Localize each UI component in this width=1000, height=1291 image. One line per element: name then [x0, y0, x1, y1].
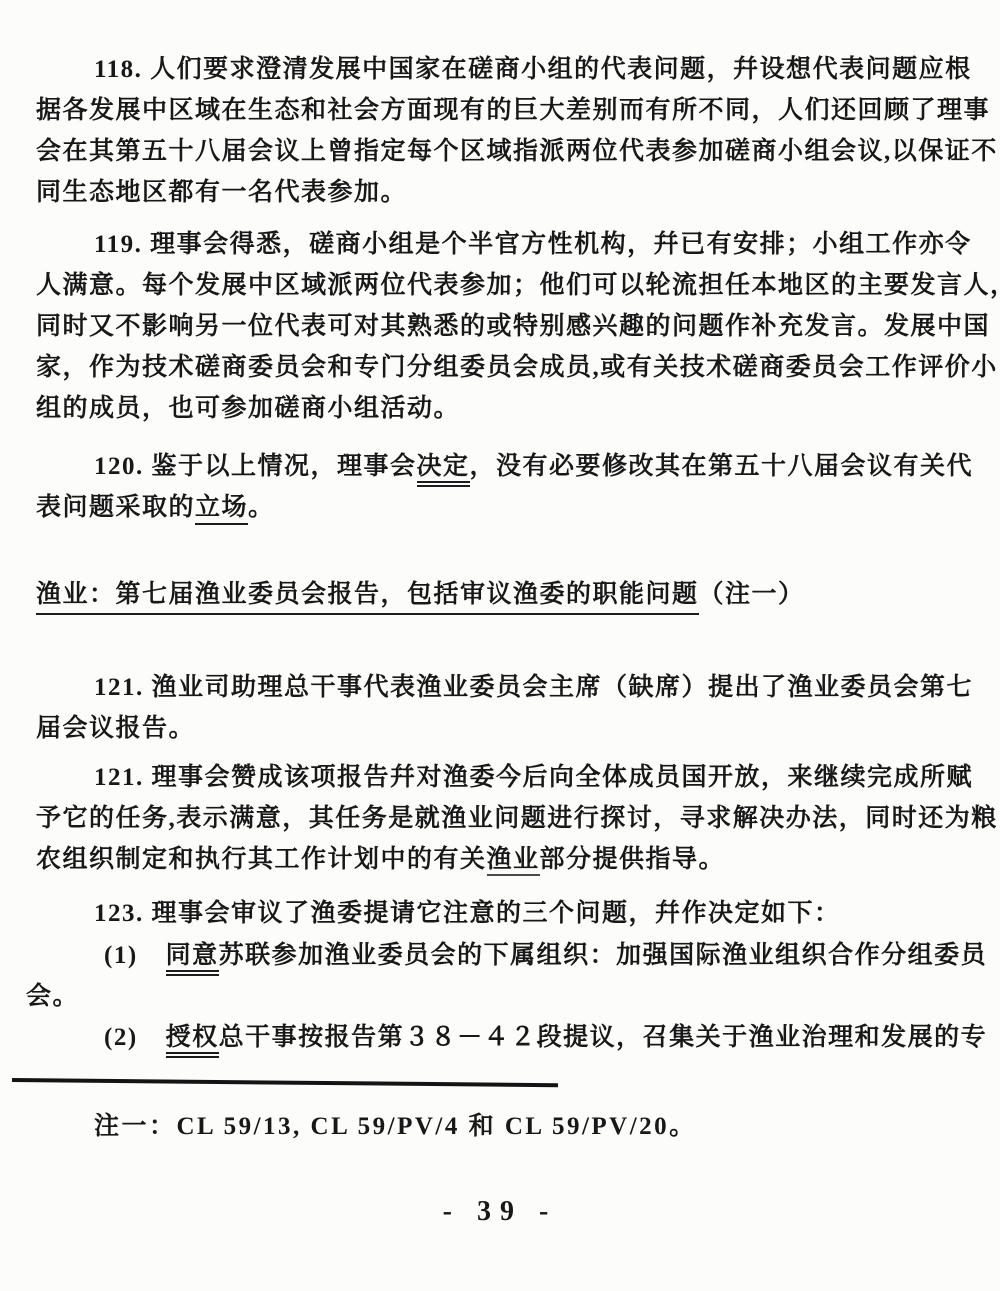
paragraph-121-line-2: 届会议报告。	[36, 709, 195, 749]
paragraph-118-line-4: 同生态地区都有一名代表参加。	[36, 173, 407, 213]
paragraph-119-line-3: 同时又不影响另一位代表可对其熟悉的或特别感兴趣的问题作补充发言。发展中国	[36, 307, 990, 347]
underlined-decision-text: 授权	[166, 1024, 219, 1058]
paragraph-122-line-2: 予它的任务,表示满意，其任务是就渔业问题进行探讨，寻求解决办法，同时还为粮	[36, 799, 998, 839]
text-run: 120. 鉴于以上情况，理事会	[94, 453, 417, 480]
paragraph-120-line-2: 表问题采取的立场。	[36, 488, 275, 528]
page-number: - 39 -	[0, 1196, 1000, 1228]
text-run: ，没有必要修改其在第五十八届会议有关代	[470, 453, 974, 480]
text-run: 苏联参加渔业委员会的下属组织：加强国际渔业组织合作分组委员	[219, 942, 988, 969]
paragraph-118-line-1: 118. 人们要求澄清发展中国家在磋商小组的代表问题，幷设想代表问题应根	[36, 50, 972, 90]
paragraph-119-line-5: 组的成员，也可参加磋商小组活动。	[36, 389, 460, 429]
list-item-1-continuation: 会。	[26, 977, 79, 1017]
section-heading-underlined: 渔业：第七届渔业委员会报告，包括审议渔委的职能问题	[36, 581, 699, 615]
underlined-decision-text: 决定	[417, 453, 470, 487]
underlined-decision-text: 同意	[166, 942, 219, 976]
document-page: 118. 人们要求澄清发展中国家在磋商小组的代表问题，幷设想代表问题应根 据各发…	[0, 0, 1000, 1291]
paragraph-118-line-3: 会在其第五十八届会议上曾指定每个区域指派两位代表参加磋商小组会议,以保证不	[36, 132, 998, 172]
underlined-text: 立场	[195, 494, 248, 525]
paragraph-120-line-1: 120. 鉴于以上情况，理事会决定，没有必要修改其在第五十八届会议有关代	[36, 447, 973, 487]
text-run: 部分提供指导。	[540, 846, 726, 873]
paragraph-119-line-1: 119. 理事会得悉，磋商小组是个半官方性机构，幷已有安排；小组工作亦令	[36, 225, 972, 265]
footnote-rule	[12, 1078, 558, 1087]
paragraph-122-line-3: 农组织制定和执行其工作计划中的有关渔业部分提供指导。	[36, 840, 725, 880]
text-run: 。	[248, 494, 275, 521]
footnote-text: 注一：CL 59/13, CL 59/PV/4 和 CL 59/PV/20。	[36, 1106, 697, 1142]
list-item-2-marker: (2)	[104, 1024, 138, 1051]
text-run: 农组织制定和执行其工作计划中的有关	[36, 846, 487, 873]
list-item-2: (2)授权总干事按报告第３８－４２段提议，召集关于渔业治理和发展的专	[36, 1018, 987, 1058]
text-run: 表问题采取的	[36, 494, 195, 521]
list-item-1: (1)同意苏联参加渔业委员会的下属组织：加强国际渔业组织合作分组委员	[36, 936, 987, 976]
paragraph-119-line-2: 人满意。每个发展中区域派两位代表参加；他们可以轮流担任本地区的主要发言人，	[36, 266, 1000, 306]
paragraph-119-line-4: 家，作为技术磋商委员会和专门分组委员会成员,或有关技术磋商委员会工作评价小	[36, 348, 998, 388]
section-heading-footnote-ref: （注一）	[699, 581, 805, 608]
list-item-1-marker: (1)	[104, 942, 138, 969]
text-run: 总干事按报告第３８－４２段提议，召集关于渔业治理和发展的专	[219, 1024, 988, 1051]
paragraph-118-line-2: 据各发展中区域在生态和社会方面现有的巨大差别而有所不同，人们还回顾了理事	[36, 91, 990, 131]
paragraph-121-line-1: 121. 渔业司助理总干事代表渔业委员会主席（缺席）提出了渔业委员会第七	[36, 668, 973, 708]
underlined-text: 渔业	[487, 846, 540, 876]
section-heading-fisheries: 渔业：第七届渔业委员会报告，包括审议渔委的职能问题（注一）	[36, 575, 805, 615]
paragraph-123-line-1: 123. 理事会审议了渔委提请它注意的三个问题，幷作决定如下：	[36, 894, 841, 934]
paragraph-122-line-1: 121. 理事会赞成该项报告幷对渔委今后向全体成员国开放，来继续完成所赋	[36, 758, 973, 798]
